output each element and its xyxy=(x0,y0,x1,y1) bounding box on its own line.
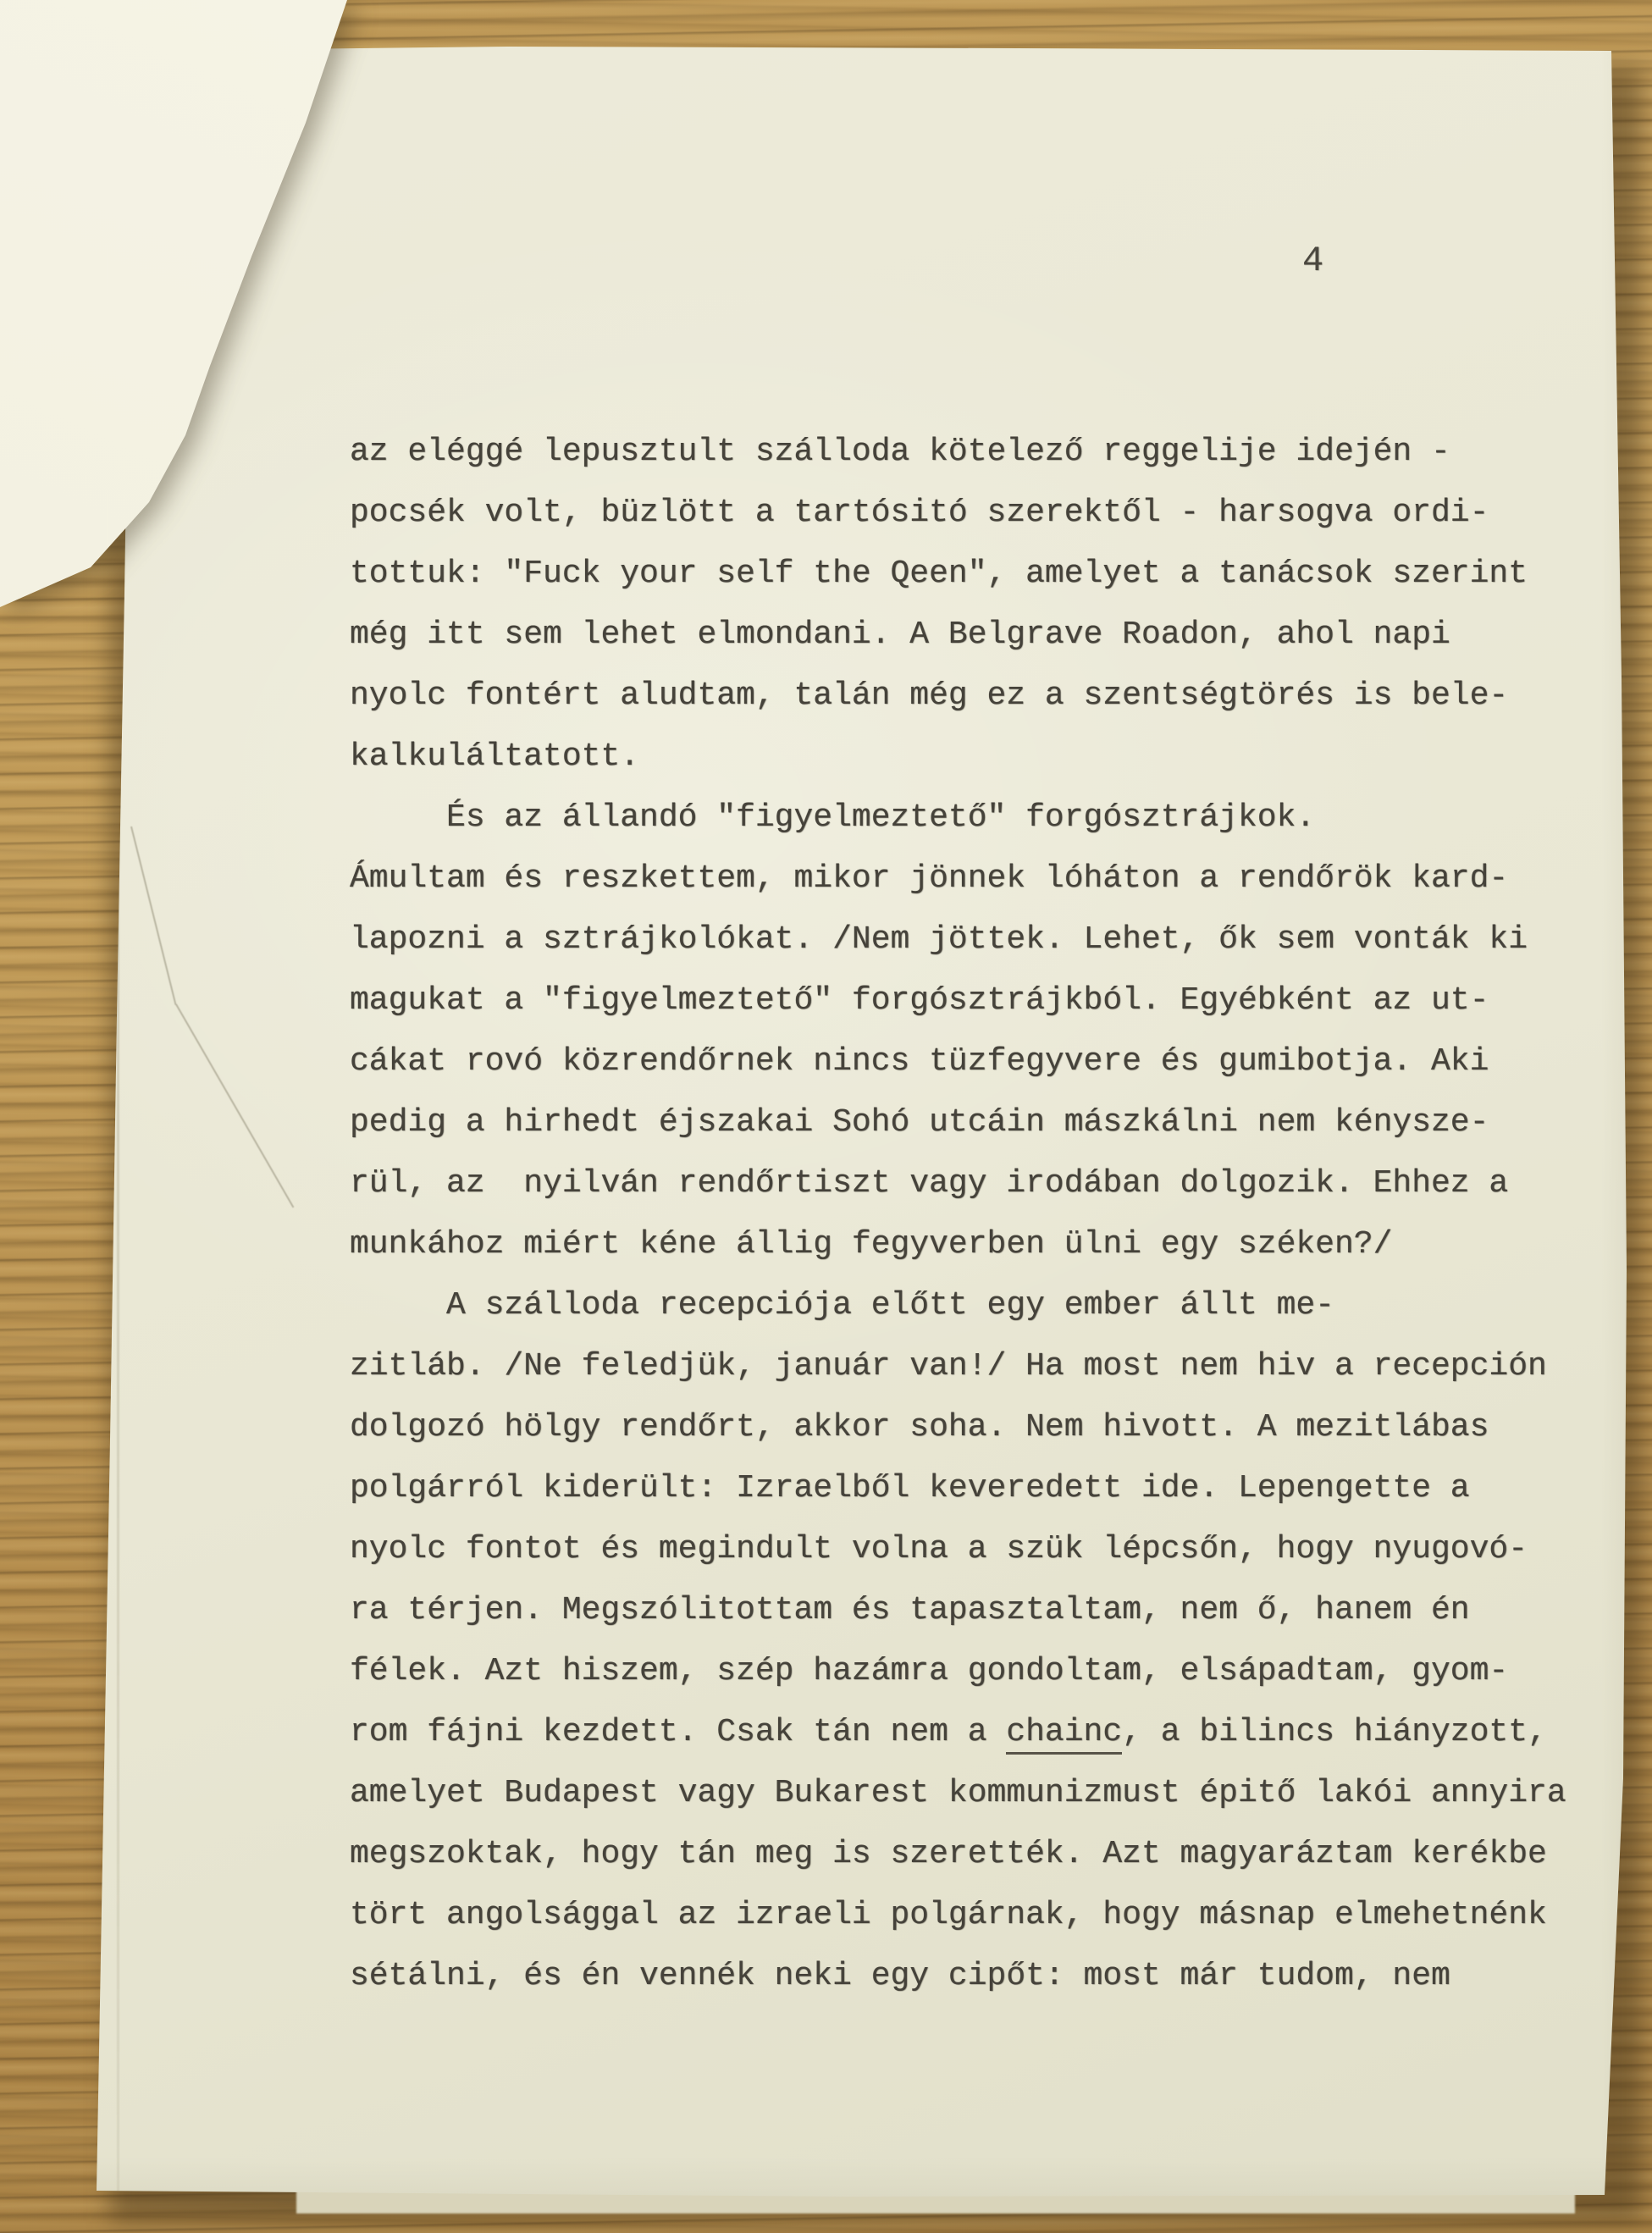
photo-scene: 4 az eléggé lepusztult szálloda kötelező… xyxy=(0,0,1652,2233)
flipped-page-corner xyxy=(0,0,1652,2233)
flipped-page-corner-wrap xyxy=(0,0,1652,2233)
